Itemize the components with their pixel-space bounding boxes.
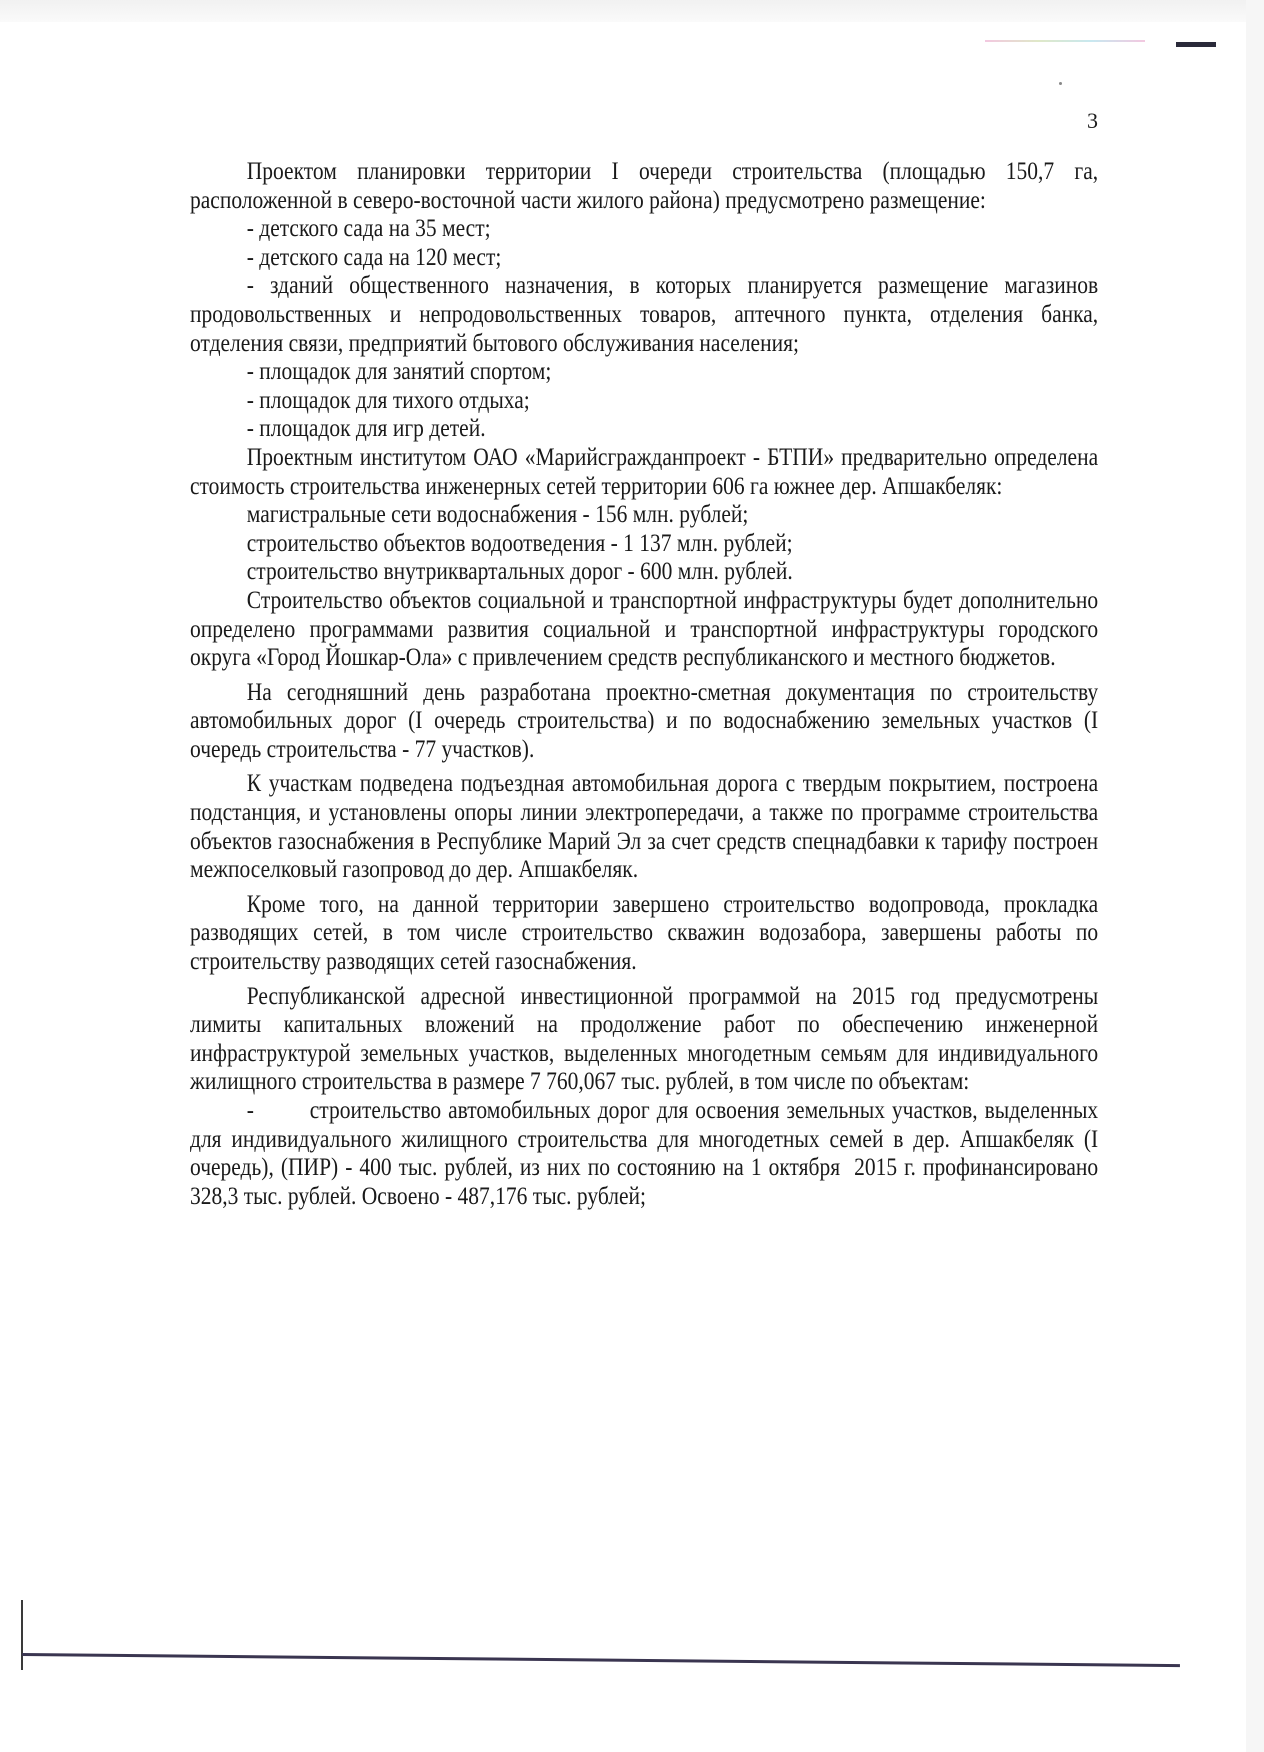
cost-item: строительство внутриквартальных дорог - … — [190, 558, 1098, 587]
scan-edge-left-mark — [21, 1600, 23, 1670]
paragraph-utilities: К участкам подведена подъездная автомоби… — [190, 770, 1098, 884]
list-item: - детского сада на 120 мест; — [190, 244, 1098, 273]
paragraph-cost-estimate: Проектным институтом ОАО «Марийсгражданп… — [190, 444, 1098, 501]
scan-artifact-line — [985, 40, 1145, 42]
paragraph-planning: Проектом планировки территории I очереди… — [190, 158, 1098, 215]
cost-item: магистральные сети водоснабжения - 156 м… — [190, 501, 1098, 530]
investment-item: - строительство автомобильных дорог для … — [190, 1097, 1098, 1211]
list-item: - зданий общественного назначения, в кот… — [190, 272, 1098, 358]
scan-artifact-dot — [1059, 82, 1062, 85]
text-block: Проектом планировки территории I очереди… — [190, 158, 1098, 1211]
list-item: - площадок для игр детей. — [190, 415, 1098, 444]
paragraph-infrastructure: Строительство объектов социальной и тран… — [190, 587, 1098, 673]
paragraph-investment-program: Республиканской адресной инвестиционной … — [190, 983, 1098, 1097]
document-body: Проектом планировки территории I очереди… — [190, 158, 1098, 1211]
cost-item: строительство объектов водоотведения - 1… — [190, 530, 1098, 559]
page-number: 3 — [1087, 108, 1098, 134]
paragraph-water-gas: Кроме того, на данной территории заверше… — [190, 891, 1098, 977]
scan-artifact-mark — [1176, 42, 1216, 47]
scan-edge-top — [0, 0, 1264, 22]
list-item: - площадок для занятий спортом; — [190, 358, 1098, 387]
list-item: - площадок для тихого отдыха; — [190, 387, 1098, 416]
list-item: - детского сада на 35 мест; — [190, 215, 1098, 244]
scan-edge-right — [1246, 0, 1264, 1752]
paragraph-documentation: На сегодняшний день разработана проектно… — [190, 679, 1098, 765]
scan-artifact-bottom-line — [22, 1653, 1180, 1667]
